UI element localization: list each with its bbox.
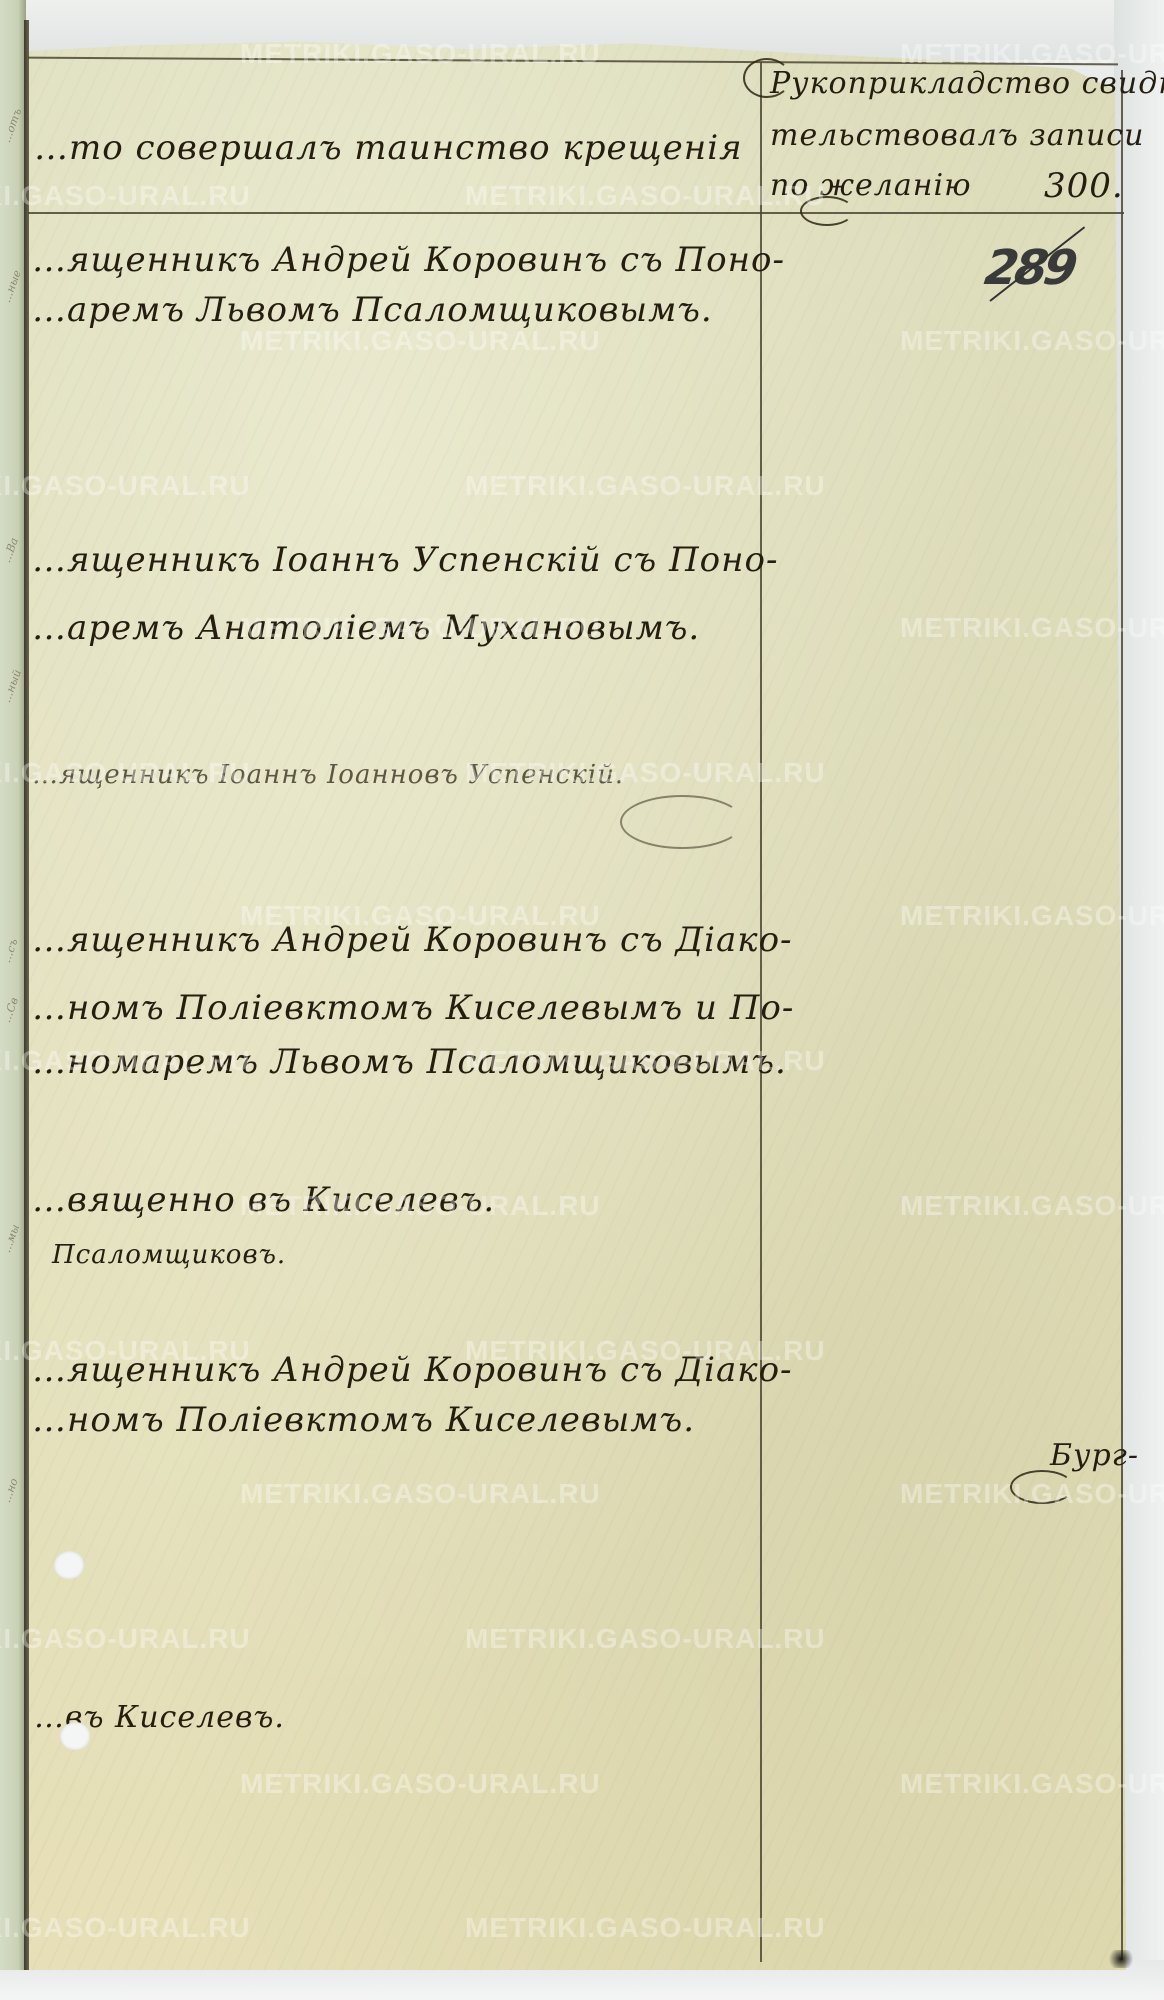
- watermark: METRIKI.GASO-URAL.RU: [240, 612, 601, 644]
- watermark: METRIKI.GASO-URAL.RU: [240, 1478, 601, 1510]
- watermark: METRIKI.GASO-URAL.RU: [465, 470, 826, 502]
- margin-fragment: …ные: [0, 268, 24, 304]
- watermark: METRIKI.GASO-URAL.RU: [465, 1335, 826, 1367]
- watermark: METRIKI.GASO-URAL.RU: [0, 1623, 251, 1655]
- ink-loop: [620, 795, 744, 849]
- entry-2-line-1: …ященникъ Іоаннъ Успенскій съ Поно-: [32, 540, 779, 580]
- margin-fragment: …Св: [0, 996, 21, 1025]
- left-column-header: …то совершалъ таинство крещенія: [34, 128, 743, 168]
- punch-hole: [60, 1722, 90, 1750]
- margin-fragment: …но: [0, 1477, 21, 1505]
- entry-1-line-1: …ященникъ Андрей Коровинъ съ Поно-: [32, 240, 785, 280]
- entry-4-line-2: …номъ Поліевктомъ Киселевымъ и По-: [32, 988, 794, 1028]
- margin-fragment: …съ: [0, 937, 21, 964]
- watermark: METRIKI.GASO-URAL.RU: [465, 1912, 826, 1944]
- watermark: METRIKI.GASO-URAL.RU: [465, 1045, 826, 1077]
- watermark: METRIKI.GASO-URAL.RU: [240, 325, 601, 357]
- margin-fragment: …Ва: [0, 536, 21, 565]
- watermark: METRIKI.GASO-URAL.RU: [900, 1190, 1164, 1222]
- watermark: METRIKI.GASO-URAL.RU: [900, 900, 1164, 932]
- entry-6-signature: Бург-: [1050, 1438, 1139, 1473]
- watermark: METRIKI.GASO-URAL.RU: [900, 38, 1164, 70]
- punch-hole: [54, 1551, 84, 1579]
- watermark: METRIKI.GASO-URAL.RU: [900, 612, 1164, 644]
- watermark: METRIKI.GASO-URAL.RU: [900, 1478, 1164, 1510]
- margin-fragment: …отъ: [0, 107, 24, 145]
- watermark: METRIKI.GASO-URAL.RU: [465, 1623, 826, 1655]
- entry-1-line-2: …аремъ Львомъ Псаломщиковымъ.: [32, 290, 713, 330]
- watermark: METRIKI.GASO-URAL.RU: [0, 757, 251, 789]
- facing-page-edge: …отъ …ные …Ва …ный …съ …Св …мы …но: [0, 0, 26, 1970]
- watermark: METRIKI.GASO-URAL.RU: [240, 38, 601, 70]
- paper-damage: [1106, 1950, 1136, 1968]
- header-bottom-rule: [28, 212, 1124, 214]
- margin-fragment: …мы: [0, 1223, 22, 1255]
- right-column-header-line2: тельствовалъ записи: [770, 118, 1144, 153]
- watermark: METRIKI.GASO-URAL.RU: [0, 180, 251, 212]
- watermark: METRIKI.GASO-URAL.RU: [0, 1045, 251, 1077]
- watermark: METRIKI.GASO-URAL.RU: [465, 180, 826, 212]
- entry-5-line-2: Псаломщиковъ.: [52, 1240, 286, 1270]
- watermark: METRIKI.GASO-URAL.RU: [900, 1768, 1164, 1800]
- page-number: 300.: [1044, 166, 1124, 206]
- right-column-header-line1: Рукоприкладство свидѣ-: [770, 66, 1164, 101]
- capital-flourish: [743, 58, 791, 98]
- binding-gutter: [24, 20, 29, 1970]
- watermark: METRIKI.GASO-URAL.RU: [240, 1768, 601, 1800]
- watermark: METRIKI.GASO-URAL.RU: [240, 1190, 601, 1222]
- entry-6-line-2: …номъ Поліевктомъ Киселевымъ.: [32, 1400, 695, 1440]
- watermark: METRIKI.GASO-URAL.RU: [465, 757, 826, 789]
- watermark: METRIKI.GASO-URAL.RU: [900, 325, 1164, 357]
- watermark: METRIKI.GASO-URAL.RU: [0, 1912, 251, 1944]
- watermark: METRIKI.GASO-URAL.RU: [0, 1335, 251, 1367]
- watermark: METRIKI.GASO-URAL.RU: [240, 900, 601, 932]
- watermark: METRIKI.GASO-URAL.RU: [0, 470, 251, 502]
- margin-fragment: …ный: [0, 668, 24, 705]
